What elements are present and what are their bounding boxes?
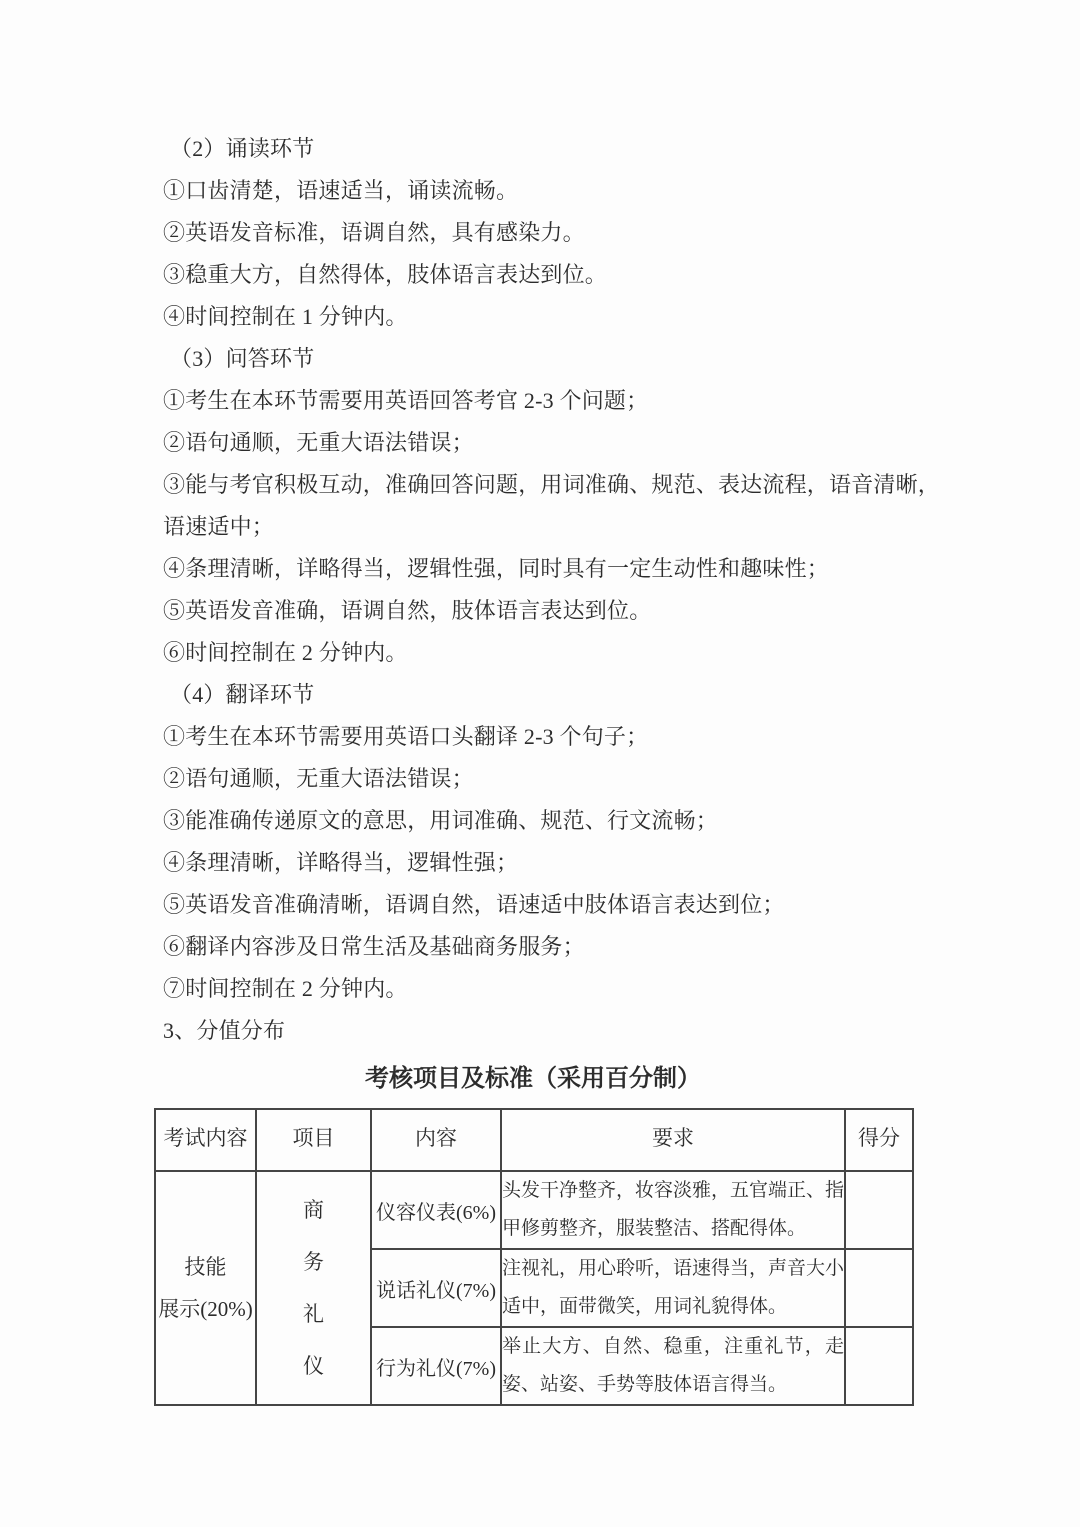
document-content: （2）诵读环节 ①口齿清楚，语速适当，诵读流畅。 ②英语发音标准，语调自然，具有…	[0, 0, 1080, 1406]
list-item: ③能准确传递原文的意思，用词准确、规范、行文流畅；	[163, 800, 941, 842]
content-cell: 说话礼仪(7%)	[371, 1249, 501, 1327]
header-requirement: 要求	[501, 1109, 845, 1171]
list-item: ①考生在本环节需要用英语口头翻译 2-3 个句子；	[163, 716, 941, 758]
list-item: ③能与考官积极互动，准确回答问题，用词准确、规范、表达流程，语音清晰，语速适中；	[163, 464, 941, 548]
requirement-cell: 头发干净整齐，妆容淡雅，五官端正、指甲修剪整齐，服装整洁、搭配得体。	[501, 1171, 845, 1249]
subsection-heading-qa: （3）问答环节	[163, 338, 941, 380]
header-exam-content: 考试内容	[155, 1109, 256, 1171]
subsection-heading-recitation: （2）诵读环节	[163, 128, 941, 170]
list-item: ⑤英语发音准确，语调自然，肢体语言表达到位。	[163, 590, 941, 632]
list-item: ④条理清晰，详略得当，逻辑性强；	[163, 842, 941, 884]
list-item: ②语句通顺，无重大语法错误；	[163, 422, 941, 464]
list-item: ⑦时间控制在 2 分钟内。	[163, 968, 941, 1010]
requirement-cell: 举止大方、自然、稳重，注重礼节，走姿、站姿、手势等肢体语言得当。	[501, 1327, 845, 1405]
table-row: 技能 展示(20%) 商务礼仪 仪容仪表(6%) 头发干净整齐，妆容淡雅，五官端…	[155, 1171, 913, 1249]
list-item: ②英语发音标准，语调自然，具有感染力。	[163, 212, 941, 254]
exam-content-cell: 技能 展示(20%)	[155, 1171, 256, 1405]
list-item: ③稳重大方，自然得体，肢体语言表达到位。	[163, 254, 941, 296]
exam-content-line: 展示(20%)	[156, 1288, 255, 1330]
list-item: ⑥翻译内容涉及日常生活及基础商务服务；	[163, 926, 941, 968]
list-item: ①口齿清楚，语速适当，诵读流畅。	[163, 170, 941, 212]
subsection-heading-translation: （4）翻译环节	[163, 674, 941, 716]
table-header-row: 考试内容 项目 内容 要求 得分	[155, 1109, 913, 1171]
project-cell: 商务礼仪	[256, 1171, 371, 1405]
exam-content-line: 技能	[156, 1246, 255, 1288]
header-score: 得分	[845, 1109, 913, 1171]
list-item: ②语句通顺，无重大语法错误；	[163, 758, 941, 800]
document-page: （2）诵读环节 ①口齿清楚，语速适当，诵读流畅。 ②英语发音标准，语调自然，具有…	[0, 0, 1080, 1527]
requirement-cell: 注视礼，用心聆听，语速得当，声音大小适中，面带微笑，用词礼貌得体。	[501, 1249, 845, 1327]
assessment-table-block: 考核项目及标准（采用百分制） 考试内容 项目 内容 要求 得分	[154, 1064, 912, 1406]
project-vertical-text: 商务礼仪	[302, 1184, 325, 1392]
list-item: ④条理清晰，详略得当，逻辑性强，同时具有一定生动性和趣味性；	[163, 548, 941, 590]
table-title: 考核项目及标准（采用百分制）	[154, 1064, 912, 1094]
list-item: ⑥时间控制在 2 分钟内。	[163, 632, 941, 674]
content-cell: 仪容仪表(6%)	[371, 1171, 501, 1249]
score-cell	[845, 1249, 913, 1327]
content-cell: 行为礼仪(7%)	[371, 1327, 501, 1405]
score-cell	[845, 1171, 913, 1249]
header-content: 内容	[371, 1109, 501, 1171]
list-item: ⑤英语发音准确清晰，语调自然，语速适中肢体语言表达到位；	[163, 884, 941, 926]
list-item: ④时间控制在 1 分钟内。	[163, 296, 941, 338]
assessment-table: 考试内容 项目 内容 要求 得分 技能 展示(20%) 商务礼仪	[154, 1108, 914, 1406]
section-heading-score-distribution: 3、分值分布	[163, 1010, 941, 1052]
list-item: ①考生在本环节需要用英语回答考官 2-3 个问题；	[163, 380, 941, 422]
score-cell	[845, 1327, 913, 1405]
header-project: 项目	[256, 1109, 371, 1171]
